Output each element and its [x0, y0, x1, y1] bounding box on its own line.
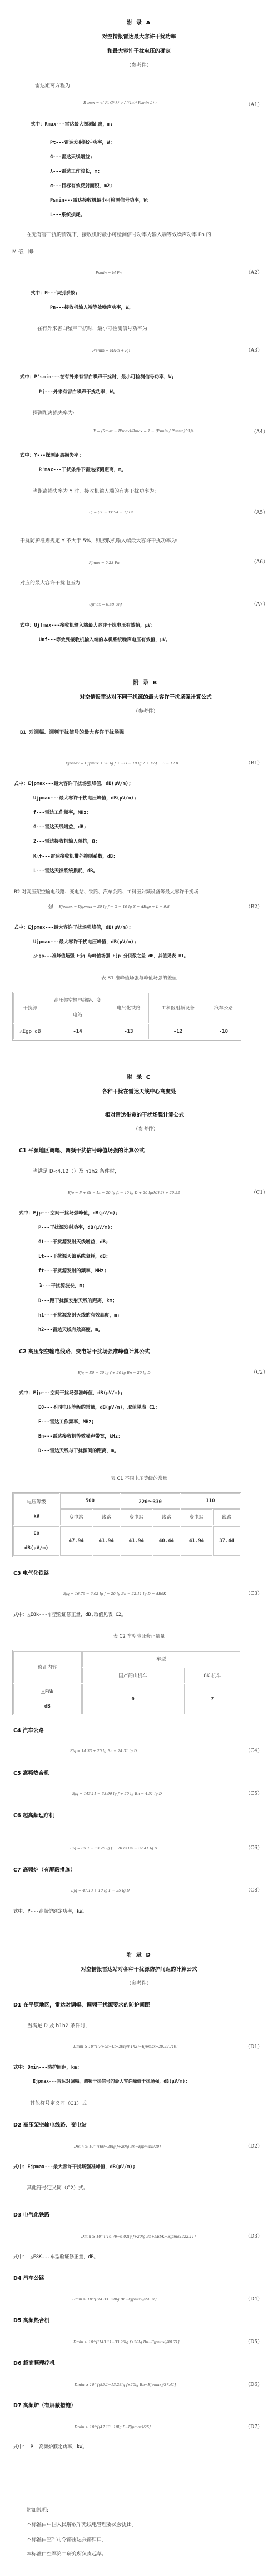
equation-tag: （D6） — [245, 2380, 262, 2388]
table-b1: 干扰源 高压架空输电线路、变电站 电气化铁路 工科医射频设备 汽车公路 △Egp… — [12, 992, 241, 1041]
section-heading-b2: B2 对高压架空输电线路、变电站、铁路、汽车公路、工科医射频设备等最大容许干扰场 — [14, 888, 198, 895]
appendix-d-ref: （参考件） — [0, 1979, 278, 1987]
section-heading-b1: B1 对调幅、调频干扰信号的最大容许干扰场强 — [20, 728, 124, 736]
formula-a2: Psmin = M Pn — [96, 271, 122, 275]
equation-tag: （D4） — [245, 2295, 262, 2302]
definition: L---雷达天馈系统损耗，dB。 — [33, 867, 98, 874]
para: 在有外来害白噪声干扰时，最小可检测信号功率为: — [37, 324, 149, 332]
section-heading-c7: C7 高频炉（有屏蔽措施） — [13, 1865, 76, 1873]
definition: K△f---雷达接收机带外抑制系数，dB; — [33, 853, 116, 859]
table-b1-caption: 表 B1 准峰值场强与峰值场强的差值 — [0, 974, 278, 981]
definition: 式中： △E8K---车型验证修正量，dB。 — [13, 2253, 98, 2260]
appendix-b-title: 对空情报雷达对不同干扰源的最大容许干扰场强计算公式 — [7, 693, 278, 701]
equation-tag: （C8） — [245, 1886, 262, 1893]
table-cell: 41.94 — [93, 1526, 120, 1557]
table-header-cell: 高压架空输电线路、变电站 — [48, 993, 108, 1023]
table-header-cell: 变电站 — [121, 1509, 153, 1525]
table-group-header: 220～330 — [121, 1493, 180, 1509]
appendix-b-label: 附 录 B — [7, 678, 278, 686]
section-heading-d7: D7 高频炉（有屏蔽措施） — [13, 2401, 76, 2409]
table-header-cell: 8K 机车 — [184, 1668, 240, 1684]
formula-a1: R max = √( Pt G² λ² σ / ((4π)³ Psmin L) … — [83, 101, 157, 105]
definition: Lt---干扰源天馈系统衰耗，dB; — [38, 1253, 108, 1259]
equation-tag: （A5） — [251, 508, 268, 516]
table-cell: -12 — [150, 1024, 206, 1039]
formula-d3: Dmin ≥ 10^[(16.79−6.02lg f+20lg Bn+ΔEδK−… — [81, 2234, 196, 2239]
section-heading-d2: D2 高压架空输电线路、变电站 — [13, 2120, 87, 2128]
appendix-a-title-2: 和最大容许干扰电压的确定 — [0, 47, 278, 54]
definition: 式中：Ejp---空间干扰场强准峰值，dB(μV/m); — [19, 1389, 123, 1396]
condition-text: 当满足 D<4.12（）及 h1h2 条件时， — [33, 1167, 120, 1174]
table-header-cell: 工科医射频设备 — [150, 993, 206, 1023]
definition: 式中：M---识别系数; — [31, 289, 78, 296]
equation-tag: （C2） — [251, 1368, 268, 1375]
definition: G---雷达天线增益; — [50, 153, 93, 160]
section-heading-d3: D3 电气化铁路 — [13, 2210, 49, 2218]
definition: Ejpmax---雷达对调幅、调频干扰信号的最大容许峰值干扰场强，dB(μV/m… — [33, 2078, 188, 2084]
table-header-cell: 电气化铁路 — [108, 993, 149, 1023]
table-header-cell: 线路 — [153, 1509, 180, 1525]
para: 对应的最大容许干扰电压为: — [20, 579, 82, 586]
definition: Ujpmax---最大容许干扰电压峰值，dB(μV/m); — [33, 794, 137, 801]
definition: Bn---雷达接收机等效噪声带宽，kHz; — [38, 1433, 121, 1439]
section-heading-c6: C6 超高频理疗机 — [13, 1811, 54, 1819]
table-header-cell: 线路 — [93, 1509, 120, 1525]
appendix-a-title-1: 对空情报雷达最大容许干扰功率 — [0, 32, 278, 40]
section-heading-b2-cont: 强 — [48, 903, 53, 910]
definition: 式中：Ejpmax---最大容许干扰场强峰值，dB(μV/m); — [14, 924, 131, 931]
definition: ft---干扰源发射的频率，MHz; — [38, 1267, 107, 1274]
table-header-cell: 修正内容 — [13, 1651, 82, 1683]
para: 干扰防护准则规定 Y 不大于 5%，则接收机输入端最大容许干扰功率为: — [20, 537, 177, 544]
table-cell: 37.44 — [213, 1526, 240, 1557]
definition: h1---干扰源发射天线的有效高度，m; — [38, 1312, 120, 1318]
formula-b1: Ejpmax = Ujpmax + 20 lg f + −G − 10 lg Z… — [66, 761, 178, 766]
equation-tag: （D3） — [245, 2232, 262, 2239]
definition: 式中：Ujfmax---接收机输入端最大容许干扰电压有效值，μV; — [20, 622, 153, 628]
definition: F---雷达工作频率，MHz; — [38, 1418, 94, 1425]
formula-b2: Ejpmax = Ujpmax + 20 lg f − G − 10 lg Z … — [59, 904, 170, 909]
appendix-b-ref: （参考件） — [7, 707, 278, 714]
formula-a4: Y = (Rmax − R'max)/Rmax = 1 − (Psmin / P… — [93, 429, 194, 433]
equation-tag: （A4） — [251, 428, 268, 435]
formula-c1: Ejp = P + Gt − Lt + 20 lg ft − 40 lg D +… — [68, 1191, 180, 1195]
formula-c4: Ejq = 14.33 + 20 lg Bn − 24.31 lg D — [70, 1749, 137, 1753]
para: 在无有害干扰的情况下，接收机的最小可检测信号功率为输入端等效噪声功率 Pn 的 — [27, 231, 211, 238]
formula-c6: Ejq = 85.1 − 13.28 lg f + 20 lg Bn − 37.… — [70, 1846, 157, 1850]
equation-tag: （B1） — [246, 759, 262, 766]
table-cell: 47.94 — [60, 1526, 92, 1557]
condition-text: 当满足 D 及 h1h2 条件时， — [27, 2022, 90, 2029]
equation-tag: （D2） — [245, 2142, 262, 2149]
formula-c2: Ejq = E0 − 20 lg f + 20 lg Bn − 20 lg D — [78, 1370, 151, 1375]
definition: 式中：Ejpmax---最大容许干扰场强准峰值，dB(μV/m); — [13, 2163, 136, 2170]
definition: 式中：P---高频炉额定功率，kW。 — [13, 1908, 87, 1914]
table-cell: -13 — [108, 1024, 149, 1039]
notes-title: 附加说明: — [27, 2506, 48, 2513]
definition: 式中：Y---探测距离损失率; — [20, 452, 82, 458]
table-row-label: △Egp dB — [13, 1024, 47, 1039]
equation-tag: （C6） — [245, 1844, 262, 1851]
table-c2-caption: 表 C2 车型验证修正量量 — [0, 1633, 278, 1639]
formula-a7: Ujmax = 0.48 Unf — [89, 602, 122, 607]
definition: Pt---雷达发射脉冲功率，W; — [50, 139, 112, 146]
formula-d7: Dmin ≥ 10^[(47.13+10lg P−Ejpmax)/25] — [75, 2425, 151, 2429]
notes-line: 本标准由中国人民解放军无线电管理委员会提出。 — [27, 2520, 137, 2528]
table-row-label: E0dB(μV/m) — [13, 1526, 59, 1557]
table-group-header: 500 — [60, 1493, 120, 1509]
table-cell: 0 — [82, 1684, 184, 1714]
definition: 式中：P'smin---在有外来有害白噪声干扰时，最小可检测信号功率，W; — [20, 373, 174, 380]
appendix-c-title-1: 各种干扰在雷达天线中心高度处 — [0, 1087, 278, 1095]
table-cell: 41.94 — [121, 1526, 153, 1557]
definition: L---系统损耗。 — [50, 211, 85, 218]
para: 当距离损失率为 Y 时，接收机输入端的有害干扰功率为: — [33, 487, 156, 494]
formula-d1: Dmin ≥ 10^[(P+Gt−Lt+20lg(h1h2)−Ejpmax+20… — [73, 2044, 177, 2049]
table-group-header: 车型 — [82, 1651, 240, 1667]
section-heading-d1: D1 在平原地区，雷达对调幅、调频干扰源要求的防护间距 — [13, 2000, 150, 2008]
formula-a3: P'smin = M(Pn + Pj) — [92, 348, 130, 353]
note: 其他符号定义同（C1）式。 — [30, 2099, 92, 2107]
table-row-label: △EδkdB — [13, 1684, 82, 1714]
definition: Unf---等效到接收机输入端的本机系统噪声电压有效值，μV。 — [39, 636, 170, 643]
section-heading-d6: D6 超高频理疗机 — [13, 2359, 55, 2367]
section-heading-c2: C2 高压架空输电线路、变电站干扰场强准峰值计算公式 — [19, 1347, 150, 1355]
definition: 式中：Dmin---防护间距，km; — [13, 2064, 80, 2070]
formula-c5: Ejq = 143.11 − 33.96 lg f + 20 lg Bn − 4… — [72, 1792, 162, 1796]
appendix-c-label: 附 录 C — [0, 1072, 278, 1081]
notes-line: 本标准由空军第二研究所负责起草。 — [27, 2550, 107, 2557]
definition: h2---雷达天线有效高度，m。 — [38, 1326, 103, 1333]
section-heading-d5: D5 高频热合机 — [13, 2316, 49, 2324]
definition: P---干扰源发射功率，dB(μV/m); — [38, 1224, 113, 1231]
table-header-cell: 干扰源 — [13, 993, 47, 1023]
definition: Ujpmax---最大容许干扰电压峰值，dB(μV/m); — [33, 938, 137, 945]
para: M 倍，即: — [12, 248, 35, 255]
equation-tag: （A2） — [246, 268, 262, 276]
section-heading-c3: C3 电气化铁路 — [13, 1569, 49, 1577]
definition: Gt---干扰源发射天线增益，dB; — [38, 1238, 108, 1245]
para: 探测距离损失率为: — [33, 409, 75, 416]
equation-tag: （A7） — [251, 600, 268, 607]
definition: λ---雷达工作波长，m; — [50, 168, 100, 174]
equation-tag: （A1） — [246, 101, 262, 108]
table-header-cell: 线路 — [213, 1509, 240, 1525]
definition: E0---不同电压等级的常量，dB(μV/m)，取值见表 C1; — [38, 1404, 158, 1410]
definition: λ---干扰源波长，m; — [39, 1282, 85, 1289]
formula-c7: Ejq = 47.13 + 10 lg P − 25 lg D — [71, 1888, 130, 1893]
definition: Pj---外来有害白噪声干扰功率，W。 — [39, 388, 117, 395]
table-header-cell: 变电站 — [181, 1509, 213, 1525]
definition: 式中：Ejp---空间干扰场强峰值，dB(μV/m); — [19, 1209, 118, 1216]
table-c2: 修正内容 车型 国产韶山机车 8K 机车 △EδkdB 0 7 — [12, 1650, 241, 1715]
table-cell: 7 — [184, 1684, 240, 1714]
table-cell: 40.44 — [153, 1526, 180, 1557]
table-group-header: 110 — [181, 1493, 240, 1509]
table-c1-caption: 表 C1 不同电压等级的常量 — [0, 1475, 278, 1482]
table-header-cell: 国产韶山机车 — [82, 1668, 184, 1684]
formula-d5: Dmin ≥ 10^[(143.11−33.96lg f+20lg Bn−Ejp… — [73, 2340, 179, 2344]
formula-a6: Pjmax = 0.23 Pn — [89, 561, 120, 565]
equation-tag: （A3） — [246, 346, 262, 353]
equation-tag: （C3） — [245, 1589, 262, 1597]
table-header-cell: 变电站 — [60, 1509, 92, 1525]
appendix-a-label: 附 录 A — [0, 18, 278, 26]
table-c1: 电压等级kV 500 220～330 110 变电站 线路 变电站 线路 变电站… — [12, 1492, 241, 1557]
equation-tag: （D5） — [245, 2338, 262, 2345]
notes-line: 本标准由空军司令部雷达兵部归口。 — [27, 2535, 107, 2543]
equation-tag: （D1） — [245, 2043, 262, 2050]
table-cell: -14 — [48, 1024, 108, 1039]
definition: 式中：△E8k---车型验证修正量，dB,取值见表 C2。 — [13, 1611, 126, 1618]
table-row-header: 电压等级kV — [13, 1493, 59, 1525]
equation-tag: （A6） — [251, 558, 268, 565]
equation-tag: （B2） — [246, 903, 262, 910]
para: 雷达距离方程为: — [35, 82, 72, 89]
definition: f---雷达工作频率，MHz; — [33, 809, 89, 816]
definition: Z---雷达接收机输入阻抗，Ω; — [33, 838, 98, 844]
equation-tag: （C1） — [251, 1188, 268, 1196]
table-cell: 41.94 — [181, 1526, 213, 1557]
equation-tag: （C4） — [245, 1747, 262, 1754]
definition: 式中： P——高频炉额定功率，kW。 — [13, 2443, 87, 2450]
note: 其他符号定义同（C2）式。 — [27, 2184, 88, 2191]
section-heading-c1: C1 平源地区调幅、调频干扰信号峰值场强的计算公式 — [19, 1146, 145, 1154]
table-cell: -10 — [207, 1024, 240, 1039]
definition: D---雷达天线与干扰源间的距离，m。 — [38, 1447, 119, 1454]
appendix-d-title: 对空情报雷达站对各种干扰源防护间距的计算公式 — [0, 1965, 278, 1973]
formula-d2: Dmin ≥ 10^[(E0−20lg f+20lg Bn−Ejpmax)/20… — [74, 2144, 161, 2149]
formula-d6: Dmin ≥ 10^[(85.1−13.28lg f+20lg Bn−Ejpma… — [75, 2383, 176, 2387]
formula-d4: Dmin ≥ 10^[(14.33+20lg Bn−Ejpmax)/24.31] — [72, 2297, 157, 2302]
definition: R'max---干扰条件下雷达探测距离，m。 — [39, 466, 126, 473]
formula-c3: Ejq = 16.79 − 6.02 lg f + 20 lg Bn − 22.… — [63, 1592, 166, 1596]
definition: Pn---接收机输入端等效噪声功率，W。 — [50, 304, 133, 311]
appendix-c-ref: （参考件） — [7, 1125, 278, 1132]
section-heading-c5: C5 高频热合机 — [13, 1769, 49, 1777]
definition: D---距干扰源发射天线的距离，km; — [38, 1297, 115, 1304]
section-heading-c4: C4 汽车公路 — [13, 1726, 44, 1734]
appendix-a-ref: （参考件） — [0, 61, 278, 68]
appendix-c-title-2: 相对雷达带宽的干扰场强计算公式 — [6, 1111, 278, 1118]
definition: Psmin---雷达接收机最小可检测信号功率，W; — [50, 197, 150, 203]
equation-tag: （D7） — [245, 2423, 262, 2430]
appendix-d-label: 附 录 D — [0, 1950, 278, 1958]
definition: △Egp---准峰值场强 Ejq 与峰值场强 Ejp 分贝数之差 dB，其值见表… — [33, 953, 188, 959]
definition: G---雷达天线增益，dB; — [33, 823, 86, 830]
formula-a5: Pj = [(1 − Y)^-4 − 1] Pn — [89, 510, 133, 514]
definition: 式中：Ejpmax---最大容许干扰场强峰值，dB(μV/m); — [14, 780, 131, 787]
equation-tag: （C5） — [245, 1789, 262, 1797]
definition: σ---目标有效反射面积，m2; — [50, 182, 112, 189]
definition: 式中：Rmax---雷达最大探测距离，m; — [31, 121, 113, 127]
table-header-cell: 汽车公路 — [207, 993, 240, 1023]
section-heading-d4: D4 汽车公路 — [13, 2274, 44, 2282]
